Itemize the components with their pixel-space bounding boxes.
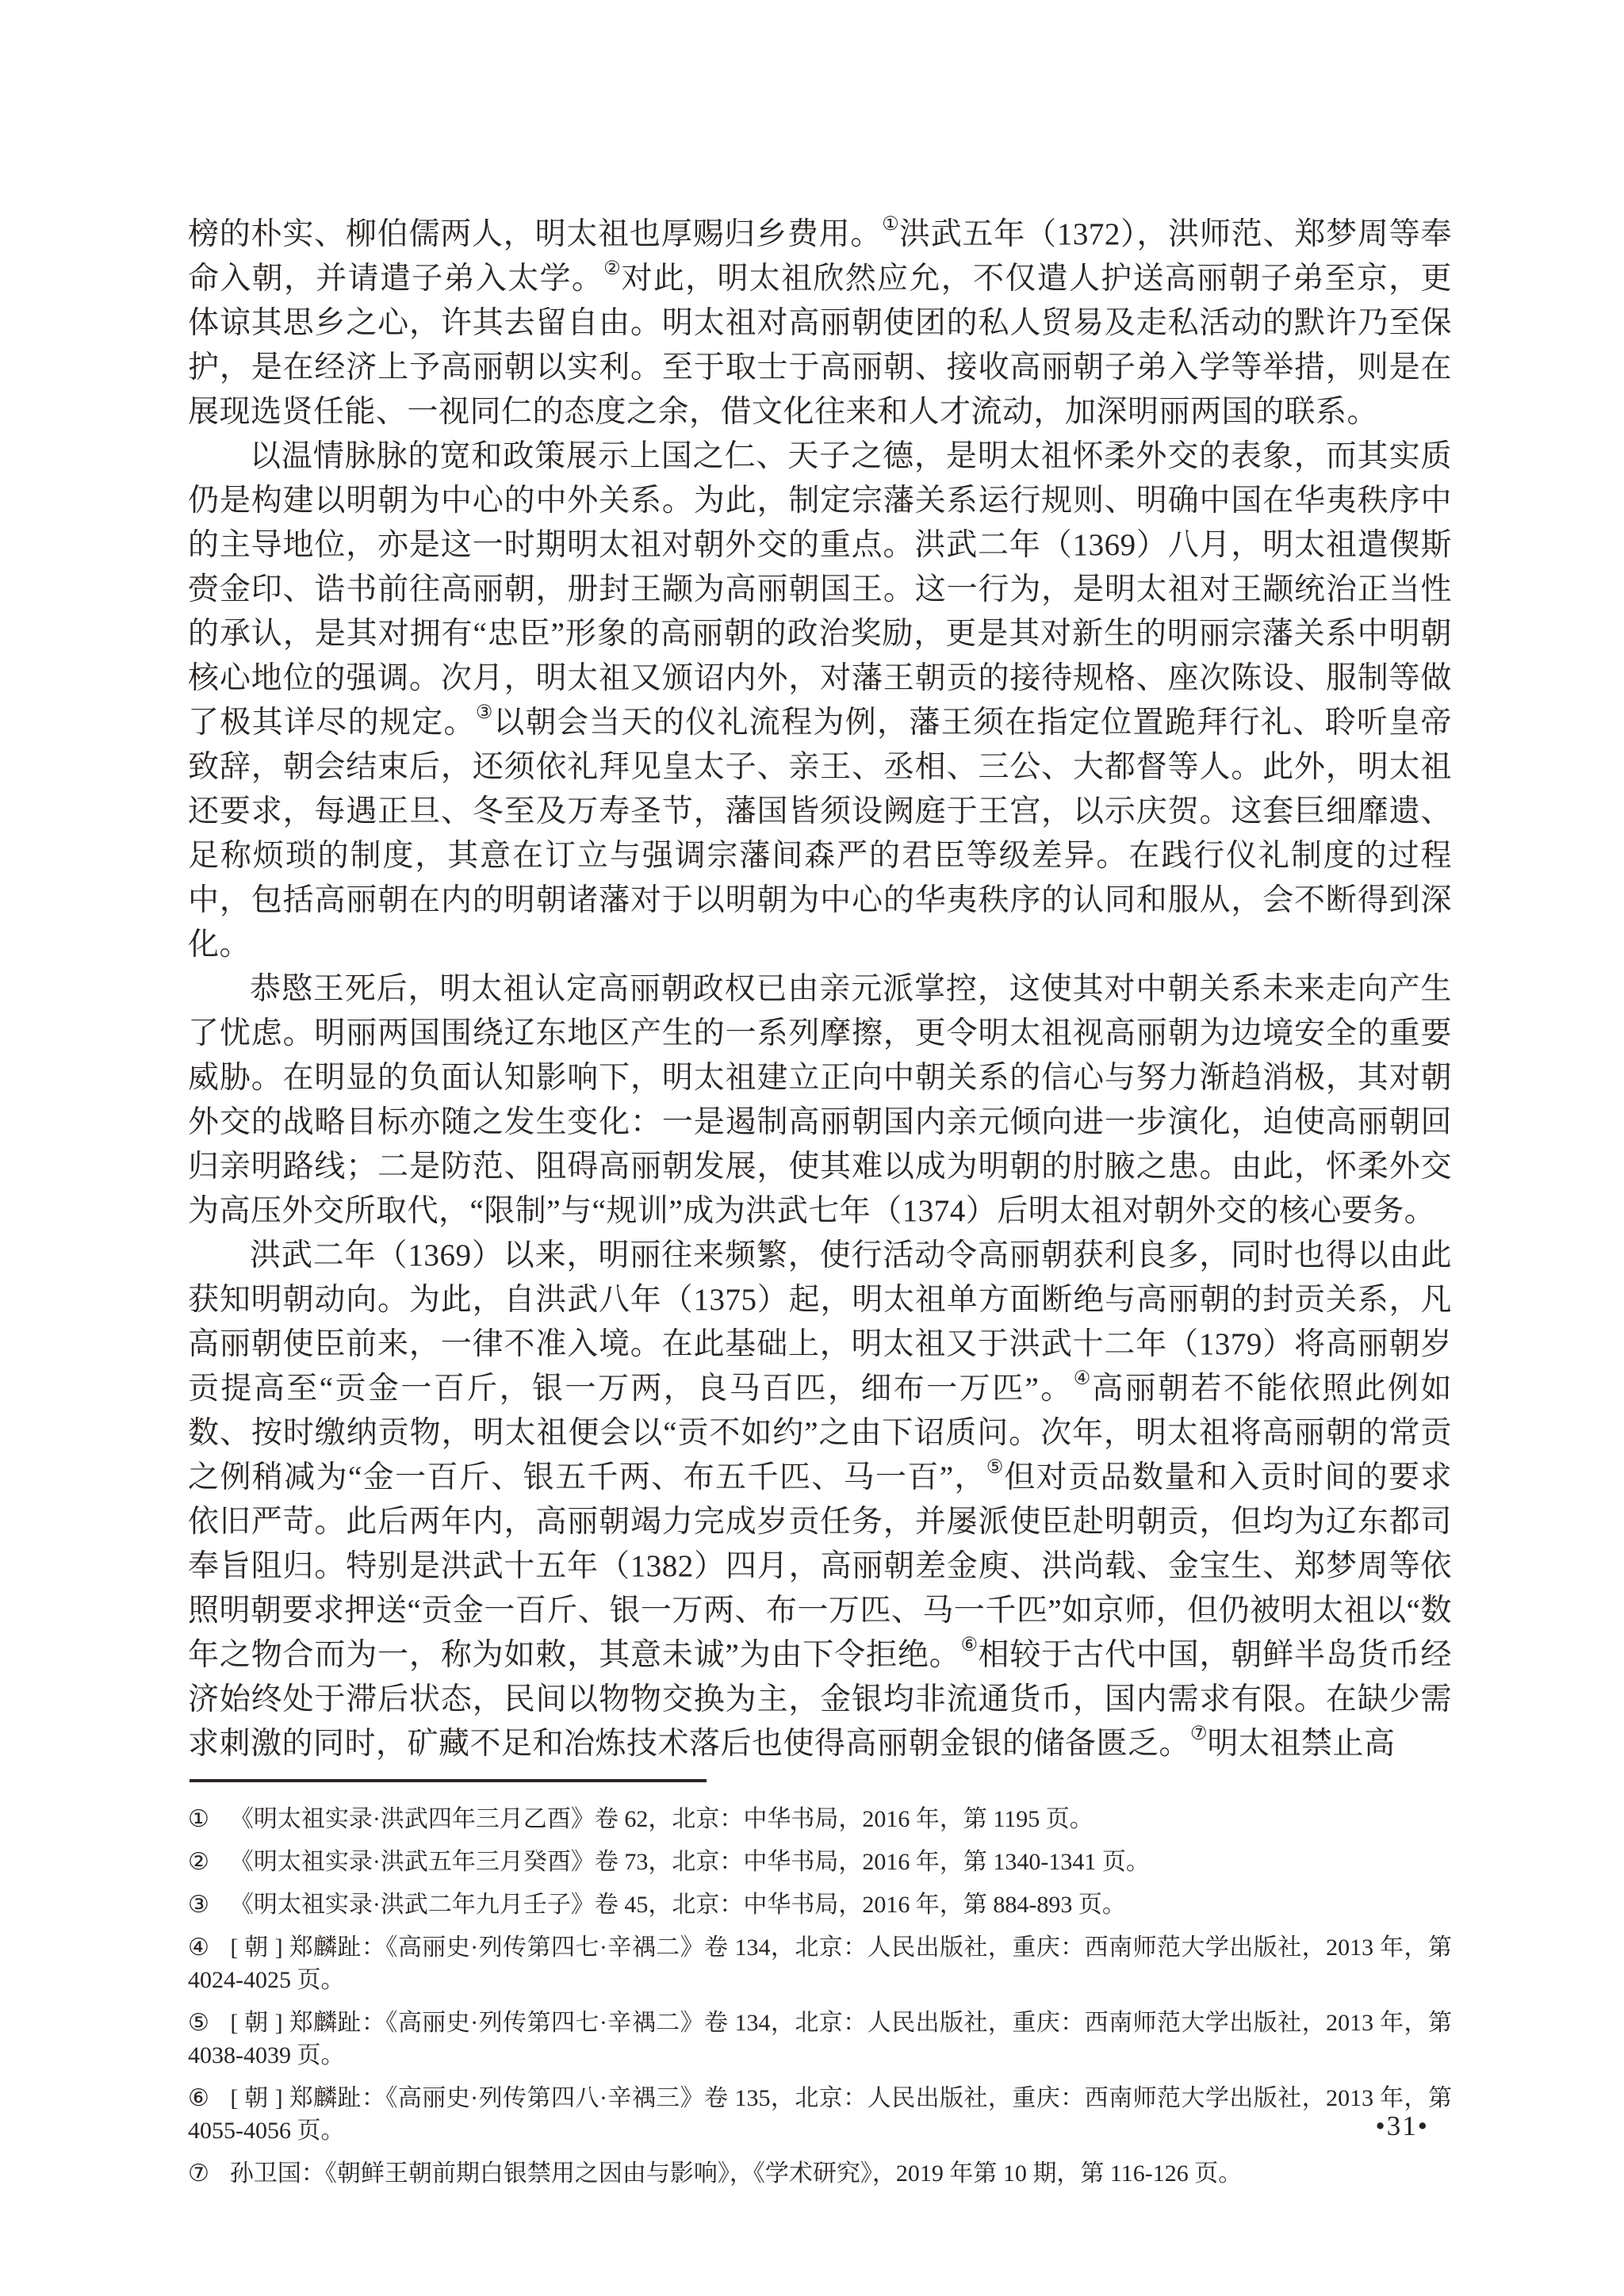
footnote-marker: ⑥ [188,2085,209,2111]
footnote-ref: ⑦ [1190,1724,1208,1744]
footnote-item: ⑤[ 朝 ] 郑麟趾：《高丽史·列传第四七·辛禑二》卷 134，北京：人民出版社… [188,2007,1452,2072]
footnote-marker: ② [188,1849,209,1875]
footnote-marker: ⑦ [188,2160,209,2187]
document-page: 榜的朴实、柳伯儒两人，明太祖也厚赐归乡费用。①洪武五年（1372），洪师范、郑梦… [0,0,1624,2296]
footnote-item: ⑥[ 朝 ] 郑麟趾：《高丽史·列传第四八·辛禑三》卷 135，北京：人民出版社… [188,2082,1452,2147]
page-number: •31• [1375,2110,1429,2142]
footnote-item: ①《明太祖实录·洪武四年三月乙酉》卷 62，北京：中华书局，2016 年，第 1… [188,1803,1452,1835]
body-paragraph: 以温情脉脉的宽和政策展示上国之仁、天子之德，是明太祖怀柔外交的表象，而其实质仍是… [188,434,1452,967]
footnote-item: ④[ 朝 ] 郑麟趾：《高丽史·列传第四七·辛禑二》卷 134，北京：人民出版社… [188,1931,1452,1996]
body-paragraph: 洪武二年（1369）以来，明丽往来频繁，使行活动令高丽朝获利良多，同时也得以由此… [188,1234,1452,1766]
footnote-marker: ① [188,1806,209,1832]
page-content: 榜的朴实、柳伯儒两人，明太祖也厚赐归乡费用。①洪武五年（1372），洪师范、郑梦… [188,212,1452,2200]
footnote-text: 《明太祖实录·洪武二年九月壬子》卷 45，北京：中华书局，2016 年，第 88… [230,1892,1126,1918]
footnote-text: [ 朝 ] 郑麟趾：《高丽史·列传第四八·辛禑三》卷 135，北京：人民出版社，… [188,2085,1452,2144]
footnote-text: [ 朝 ] 郑麟趾：《高丽史·列传第四七·辛禑二》卷 134，北京：人民出版社，… [188,2010,1452,2068]
body-text-block: 榜的朴实、柳伯儒两人，明太祖也厚赐归乡费用。①洪武五年（1372），洪师范、郑梦… [188,212,1452,1766]
footnote-ref: ⑥ [961,1635,979,1655]
footnote-marker: ④ [188,1934,209,1961]
footnote-ref: ⑤ [986,1457,1004,1478]
body-paragraph: 榜的朴实、柳伯儒两人，明太祖也厚赐归乡费用。①洪武五年（1372），洪师范、郑梦… [188,212,1452,434]
footnote-item: ③《明太祖实录·洪武二年九月壬子》卷 45，北京：中华书局，2016 年，第 8… [188,1888,1452,1921]
footnote-separator-rule [190,1779,707,1782]
footnote-text: [ 朝 ] 郑麟趾：《高丽史·列传第四七·辛禑二》卷 134，北京：人民出版社，… [188,1934,1452,1993]
footnote-text: 《明太祖实录·洪武五年三月癸酉》卷 73，北京：中华书局，2016 年，第 13… [230,1849,1150,1875]
footnote-ref: ④ [1074,1368,1092,1389]
footnote-item: ⑦孙卫国：《朝鲜王朝前期白银禁用之因由与影响》，《学术研究》，2019 年第 1… [188,2157,1452,2190]
footnote-text: 孙卫国：《朝鲜王朝前期白银禁用之因由与影响》，《学术研究》，2019 年第 10… [230,2160,1242,2187]
body-paragraph: 恭愍王死后，明太祖认定高丽朝政权已由亲元派掌控，这使其对中朝关系未来走向产生了忧… [188,967,1452,1234]
footnote-text: 《明太祖实录·洪武四年三月乙酉》卷 62，北京：中华书局，2016 年，第 11… [230,1806,1094,1832]
footnote-item: ②《明太祖实录·洪武五年三月癸酉》卷 73，北京：中华书局，2016 年，第 1… [188,1846,1452,1878]
footnote-ref: ① [882,214,899,235]
footnote-ref: ② [603,258,621,279]
footnote-marker: ③ [188,1892,209,1918]
footnote-marker: ⑤ [188,2010,209,2036]
footnotes-section: ①《明太祖实录·洪武四年三月乙酉》卷 62，北京：中华书局，2016 年，第 1… [188,1803,1452,2190]
footnote-ref: ③ [476,702,493,723]
